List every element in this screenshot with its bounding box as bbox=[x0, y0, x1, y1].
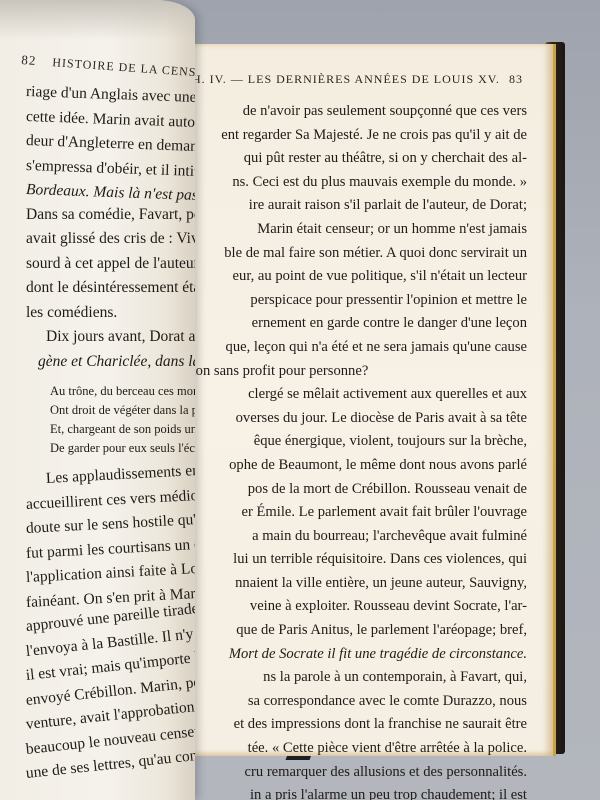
text-line: Dix jours avant, Dorat avait donné... bbox=[26, 325, 195, 350]
text-line: ble de mal faire son métier. A quoi donc… bbox=[165, 242, 527, 266]
verse-line: De garder pour eux seuls l'éclat d... bbox=[50, 439, 195, 458]
text-line: pos de la mort de Crébillon. Rousseau ve… bbox=[165, 478, 527, 502]
verse-line: Au trône, du berceau ces monarques... bbox=[50, 382, 195, 401]
text-line: ernement en garde contre le danger d'une… bbox=[165, 312, 527, 336]
text-line: êque énergique, violent, toujours sur la… bbox=[165, 430, 527, 454]
verse-block: Au trône, du berceau ces monarques... On… bbox=[26, 382, 195, 458]
text-line: et des impressions dont la franchise ne … bbox=[165, 713, 527, 737]
page-number: 82 bbox=[21, 52, 37, 68]
running-head: CH. IV. — LES DERNIÈRES ANNÉES DE LOUIS … bbox=[183, 72, 500, 87]
text-line: cru remarquer des allusions et des perso… bbox=[165, 761, 527, 785]
text-line: Marin était censeur; or un homme n'est j… bbox=[165, 218, 527, 242]
text-line: er Émile. Le parlement avait fait brûler… bbox=[165, 501, 527, 525]
right-page-text: de n'avoir pas seulement soupçonné que c… bbox=[165, 100, 527, 800]
left-page-header: 82 HISTOIRE DE LA CENSURE THÉATRALE bbox=[21, 52, 195, 81]
text-line: ophe de Beaumont, le même dont nous avon… bbox=[165, 454, 527, 478]
text-line: tée. « Cette pièce vient d'être arrêtée … bbox=[165, 737, 527, 761]
text-line: nnaient la ville entière, un jeune auteu… bbox=[165, 572, 527, 596]
text-line: ire aurait raison s'il parlait de l'aute… bbox=[165, 194, 527, 218]
text-line: veine à exploiter. Rousseau devint Socra… bbox=[165, 595, 527, 619]
text-line: Mort de Socrate il fit une tragédie de c… bbox=[165, 643, 527, 667]
text-line: in a pris l'alarme un peu trop chaudemen… bbox=[165, 784, 527, 800]
text-line: avait glissé des cris de : Vive le... bbox=[26, 227, 195, 252]
text-line: lui un terrible réquisitoire. Dans ces v… bbox=[165, 548, 527, 572]
text-line: overses du jour. Le diocèse de Paris ava… bbox=[165, 407, 527, 431]
text-line: ent regarder Sa Majesté. Je ne crois pas… bbox=[165, 124, 527, 148]
verse-line: Et, chargeant de son poids un mi... bbox=[50, 420, 195, 439]
text-line: que, leçon qui n'a été et ne sera jamais… bbox=[165, 336, 527, 360]
text-line: tation sans profit pour personne? bbox=[165, 360, 527, 384]
text-line: que de Paris Anitus, le parlement l'aréo… bbox=[165, 619, 527, 643]
text-line: les comédiens. bbox=[26, 301, 195, 326]
text-line: perspicace pour pressentir l'opinion et … bbox=[165, 289, 527, 313]
text-line: de n'avoir pas seulement soupçonné que c… bbox=[165, 100, 527, 124]
text-line: dont le désintéressement était susp... bbox=[26, 276, 195, 301]
text-line: ns la parole à un contemporain, à Favart… bbox=[165, 666, 527, 690]
right-page-header: CH. IV. — LES DERNIÈRES ANNÉES DE LOUIS … bbox=[183, 72, 523, 87]
left-page: 82 HISTOIRE DE LA CENSURE THÉATRALE riag… bbox=[0, 0, 195, 800]
text-line: qui pût rester au théâtre, si on y cherc… bbox=[165, 147, 527, 171]
text-line: ns. Ceci est du plus mauvais exemple du … bbox=[165, 171, 527, 195]
text-line: sa correspondance avec le comte Durazzo,… bbox=[165, 690, 527, 714]
page-number: 83 bbox=[509, 72, 523, 87]
text-line: clergé se mêlait activement aux querelle… bbox=[165, 383, 527, 407]
right-page: CH. IV. — LES DERNIÈRES ANNÉES DE LOUIS … bbox=[165, 44, 556, 756]
text-line: eur, au point de vue politique, s'il n'é… bbox=[165, 265, 527, 289]
text-line: gène et Chariclée, dans laquelle... bbox=[26, 350, 195, 375]
text-line: a main du bourreau; l'archevêque avait f… bbox=[165, 525, 527, 549]
left-page-text: riage d'un Anglais avec une jeune... cet… bbox=[26, 80, 195, 787]
text-line: sourd à cet appel de l'auteur, d... bbox=[26, 252, 195, 277]
page-shadow bbox=[0, 0, 195, 40]
verse-line: Ont droit de végéter dans la pourpre... bbox=[50, 401, 195, 420]
